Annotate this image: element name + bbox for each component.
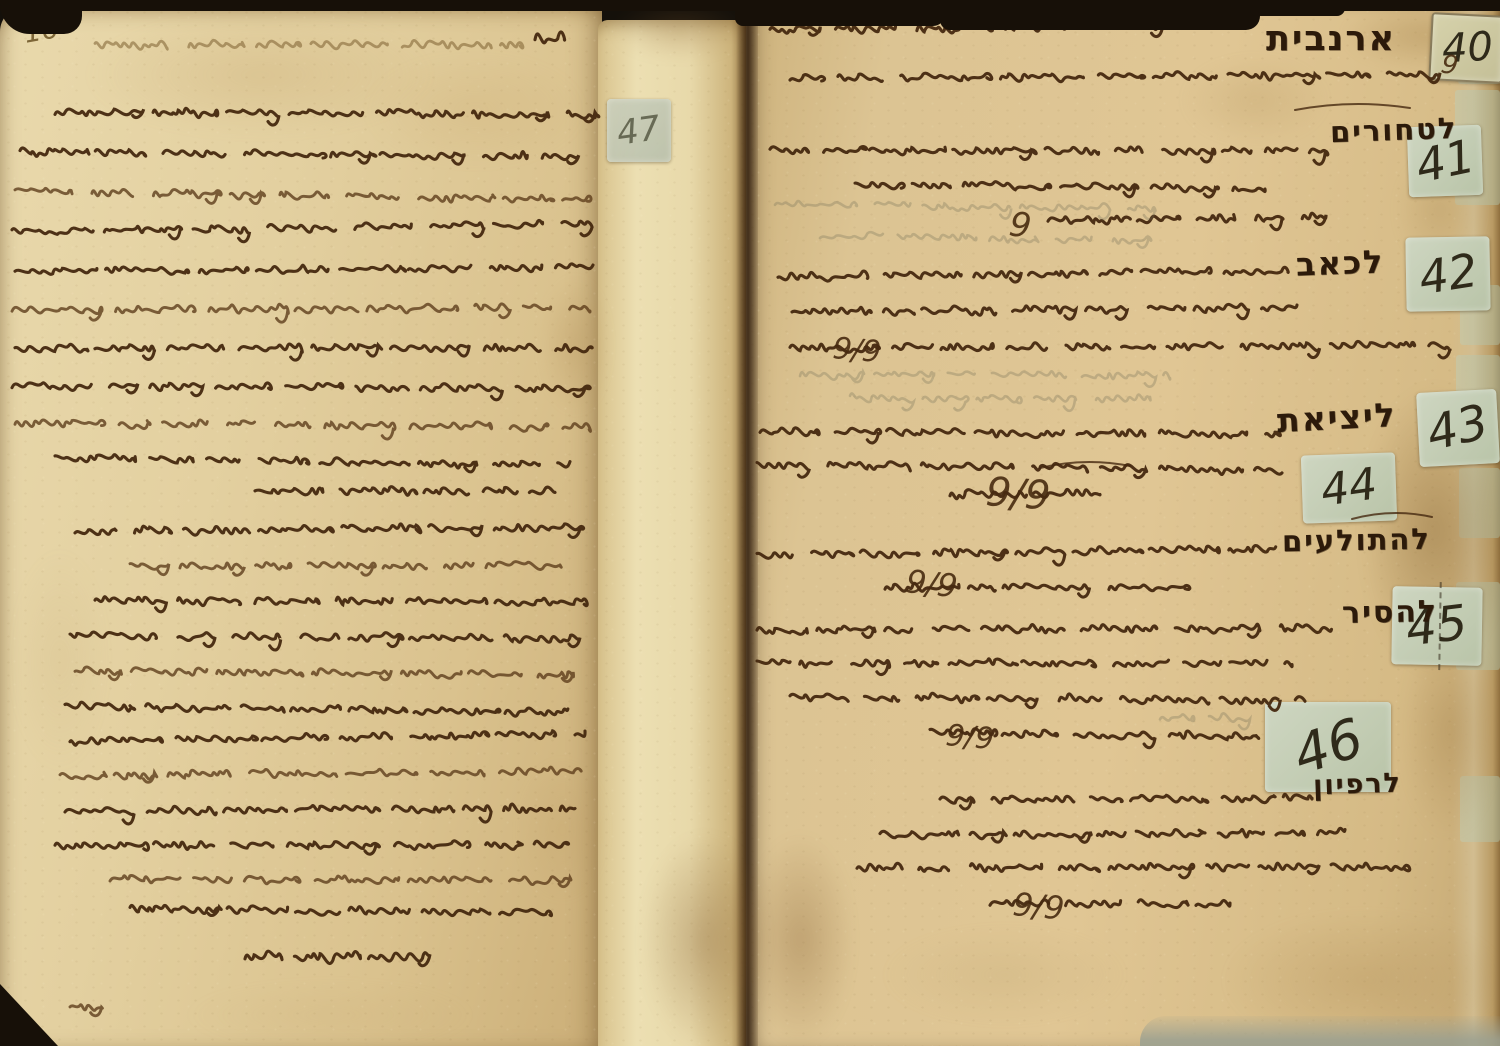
bottom-right-backing xyxy=(1140,1016,1500,1046)
gutter-crease xyxy=(736,0,758,1046)
left-page xyxy=(0,6,602,1046)
torn-edge-fragment xyxy=(735,0,945,26)
fore-edge-tab-remnant xyxy=(1459,468,1500,538)
index-tab-43: 43 xyxy=(1416,389,1500,467)
index-tab-40: 40 xyxy=(1428,12,1500,84)
index-tab-44: 44 xyxy=(1301,452,1397,523)
section-heading: לטחורים xyxy=(1330,114,1458,147)
section-heading: לכאב xyxy=(1295,245,1384,280)
section-heading: ליציאת xyxy=(1276,398,1397,437)
torn-edge-fragment xyxy=(1250,0,1345,16)
torn-edge-fragment xyxy=(940,0,1260,30)
tab-number: 40 xyxy=(1441,27,1494,70)
section-heading: לרפיון xyxy=(1313,769,1403,799)
section-heading: ארנבית xyxy=(1266,22,1396,57)
manuscript-scan: 16 99/99/99/99/99/99 4041424344454647ארנ… xyxy=(0,0,1500,1046)
tab-number: 47 xyxy=(615,111,663,151)
tab-number: 42 xyxy=(1415,247,1480,302)
binding-stub xyxy=(598,20,746,1046)
section-heading: להתולעים xyxy=(1282,525,1431,557)
tab-number: 43 xyxy=(1423,398,1493,459)
tab-number: 44 xyxy=(1318,462,1380,513)
index-tab-47: 47 xyxy=(607,99,671,162)
torn-edge-fragment xyxy=(0,0,82,34)
fore-edge-tab-remnant xyxy=(1460,776,1500,842)
index-tab-42: 42 xyxy=(1405,236,1490,311)
section-heading: להסיר xyxy=(1342,597,1439,629)
